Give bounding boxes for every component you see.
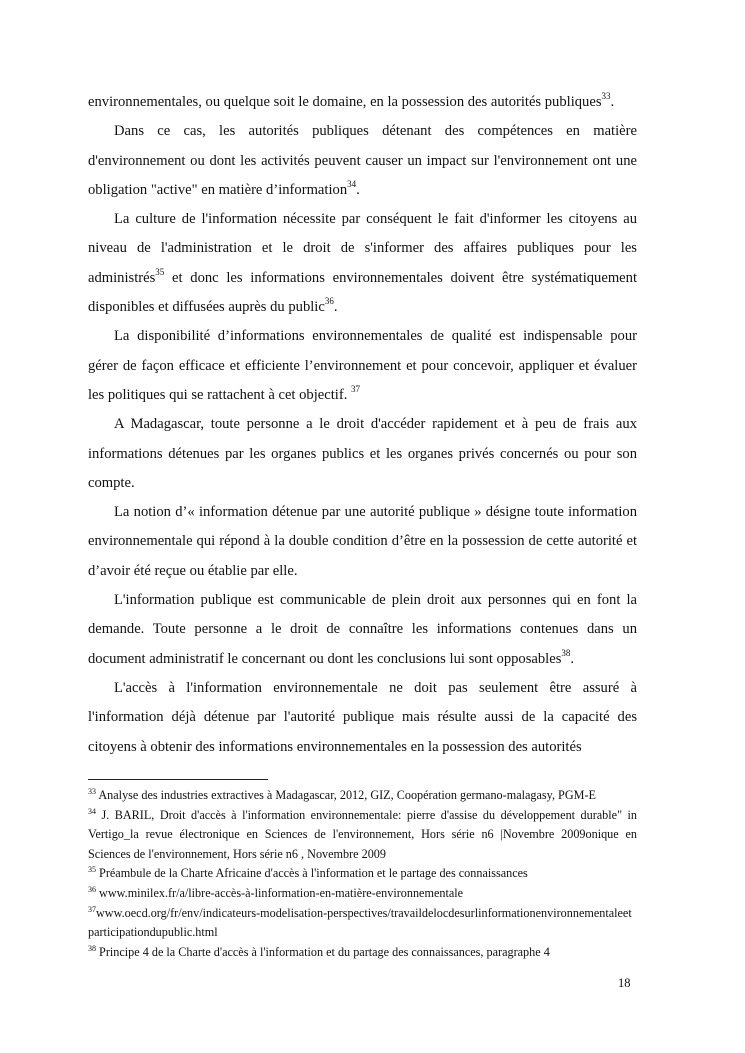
paragraph-3: La culture de l'information nécessite pa… <box>88 205 637 322</box>
paragraph-text: environnementales, ou quelque soit le do… <box>88 94 602 110</box>
paragraph-7: L'information publique est communicable … <box>88 586 637 674</box>
footnote-number: 34 <box>88 807 96 816</box>
footnote-number: 35 <box>88 865 96 874</box>
footnote-ref-34[interactable]: 34 <box>347 179 356 189</box>
footnote-number: 33 <box>88 787 96 796</box>
body-text: environnementales, ou quelque soit le do… <box>88 88 637 762</box>
paragraph-text: et donc les informations environnemental… <box>88 270 637 315</box>
paragraph-2: Dans ce cas, les autorités publiques dét… <box>88 117 637 205</box>
footnote-text: J. BARIL, Droit d'accès à l'information … <box>88 808 637 861</box>
footnote-ref-37[interactable]: 37 <box>351 384 360 394</box>
paragraph-text: L'accès à l'information environnementale… <box>88 680 637 755</box>
paragraph-text: . <box>356 182 360 198</box>
footnote-text: www.minilex.fr/a/libre-accès-à-linformat… <box>96 886 463 900</box>
footnote-36: 36 www.minilex.fr/a/libre-accès-à-linfor… <box>88 884 637 904</box>
footnote-ref-33[interactable]: 33 <box>602 91 611 101</box>
footnote-text: Analyse des industries extractives à Mad… <box>96 788 596 802</box>
footnote-number: 38 <box>88 944 96 953</box>
footnote-35: 35 Préambule de la Charte Africaine d'ac… <box>88 864 637 884</box>
page-number: 18 <box>618 976 631 991</box>
paragraph-text: . <box>334 299 338 315</box>
footnotes-section: 33 Analyse des industries extractives à … <box>88 779 637 962</box>
footnote-text: Principe 4 de la Charte d'accès à l'info… <box>96 945 550 959</box>
paragraph-text: . <box>611 94 615 110</box>
paragraph-text: Dans ce cas, les autorités publiques dét… <box>88 123 637 198</box>
footnote-text: Préambule de la Charte Africaine d'accès… <box>96 866 528 880</box>
paragraph-1: environnementales, ou quelque soit le do… <box>88 88 637 117</box>
footnote-37: 37www.oecd.org/fr/env/indicateurs-modeli… <box>88 904 637 943</box>
paragraph-text: A Madagascar, toute personne a le droit … <box>88 416 637 491</box>
paragraph-text: La disponibilité d’informations environn… <box>88 328 637 403</box>
footnote-ref-36[interactable]: 36 <box>325 296 334 306</box>
footnote-33: 33 Analyse des industries extractives à … <box>88 786 637 806</box>
footnote-text: www.oecd.org/fr/env/indicateurs-modelisa… <box>88 906 632 940</box>
paragraph-6: La notion d’« information détenue par un… <box>88 498 637 586</box>
paragraph-text: L'information publique est communicable … <box>88 592 637 667</box>
footnote-separator <box>88 779 268 780</box>
paragraph-4: La disponibilité d’informations environn… <box>88 322 637 410</box>
footnote-number: 36 <box>88 885 96 894</box>
footnote-34: 34 J. BARIL, Droit d'accès à l'informati… <box>88 806 637 865</box>
footnote-ref-35[interactable]: 35 <box>155 267 164 277</box>
paragraph-8: L'accès à l'information environnementale… <box>88 674 637 762</box>
footnote-38: 38 Principe 4 de la Charte d'accès à l'i… <box>88 943 637 963</box>
paragraph-5: A Madagascar, toute personne a le droit … <box>88 410 637 498</box>
footnote-number: 37 <box>88 905 96 914</box>
paragraph-text: . <box>570 651 574 667</box>
paragraph-text: La notion d’« information détenue par un… <box>88 504 637 579</box>
